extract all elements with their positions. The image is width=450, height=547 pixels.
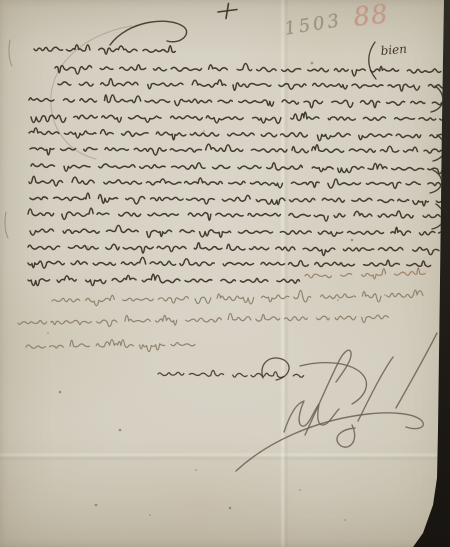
manuscript-page: 1503 88 bien [0,0,450,547]
flourish [9,40,12,66]
closing-line [158,370,304,377]
paper-speck [311,62,314,65]
handwriting-line [305,268,425,279]
handwriting-line [29,95,448,108]
flourish [110,21,187,45]
paper-speck [95,504,98,507]
handwriting-line [52,290,423,306]
paper-speck [87,246,89,248]
flourish [369,42,376,79]
margin-note: bien [380,42,407,58]
flourish [433,135,445,161]
flourish [262,358,289,380]
folio-number-annotation: 88 [352,0,390,33]
paper-speck [299,489,301,491]
handwriting-line [58,79,446,91]
handwriting-line [31,163,448,174]
paper-speck [344,519,346,521]
handwriting-line [30,225,445,237]
handwriting-line [30,193,441,206]
signature-rubric [337,425,355,447]
heading-line [34,45,175,54]
flourish [5,212,8,238]
scan-frame: 1503 88 bien [0,0,450,547]
paper-speck [149,514,151,516]
handwriting-line [31,112,445,123]
paper-speck [195,469,197,471]
paper-speck [259,451,261,453]
handwriting-line [18,313,388,326]
handwriting-line [30,144,448,155]
flourish [431,86,443,112]
handwriting-line [26,340,195,352]
handwriting-line [28,257,431,268]
signature-rubric [358,357,393,421]
handwriting-line [28,243,439,256]
signature-rubric [396,333,437,408]
paper-speck [351,239,354,242]
handwriting-line [29,128,449,141]
paper-speck [337,299,339,301]
paper-speck [229,507,232,510]
paper-speck [119,429,122,432]
paper-speck [384,294,386,296]
handwriting-line [55,64,441,76]
handwriting-line [29,176,444,188]
flourish [300,363,366,404]
handwriting-line [28,274,300,286]
flourish [432,204,444,229]
paper-speck [59,391,62,394]
paper-speck [203,130,205,132]
paper-speck [47,332,49,334]
handwriting-layer [0,0,450,547]
handwriting-line [28,208,446,221]
